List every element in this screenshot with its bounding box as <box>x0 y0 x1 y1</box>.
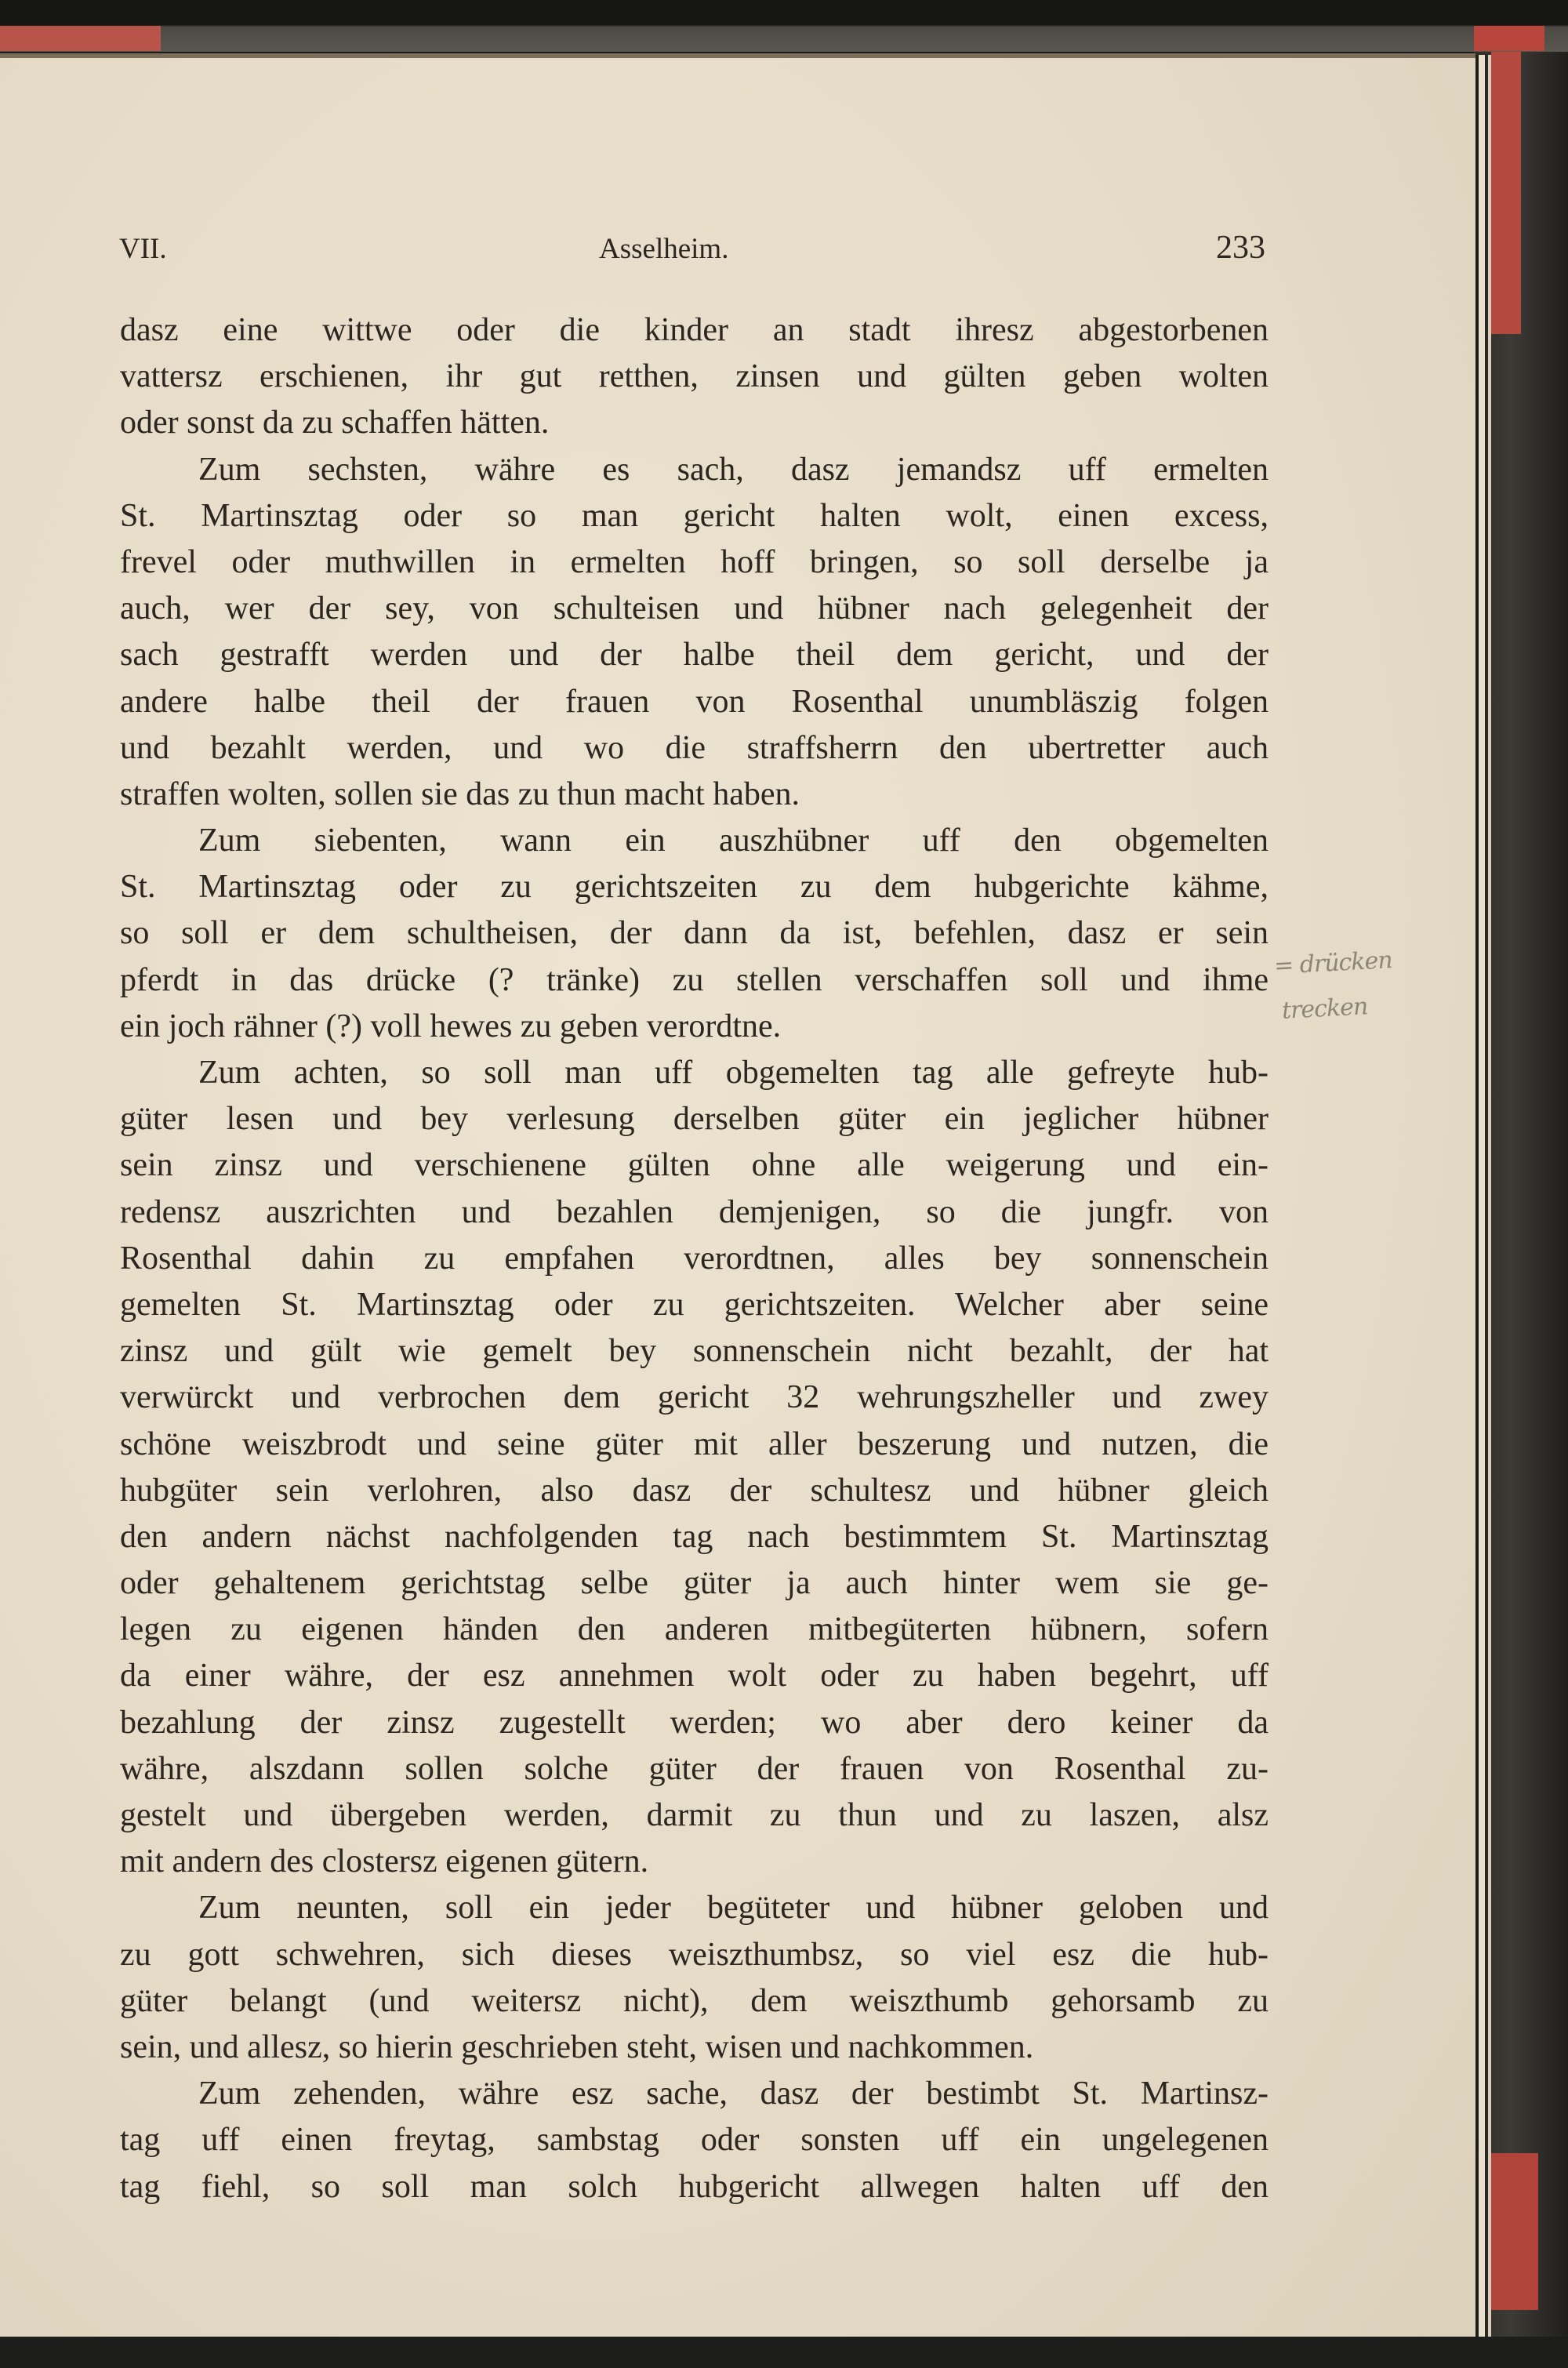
text-line: mit andern des clostersz eigenen gütern. <box>120 1839 1269 1885</box>
running-head: VII. Asselheim. 233 <box>119 232 1265 271</box>
text-line: zinsz und gült wie gemelt bey sonnensche… <box>120 1328 1269 1375</box>
text-line: St. Martinsztag oder so man gericht halt… <box>120 493 1269 539</box>
binding-red-cloth <box>0 26 161 51</box>
text-line: oder sonst da zu schaffen hätten. <box>120 400 1269 446</box>
text-line: verwürckt und verbrochen dem gericht 32 … <box>120 1375 1269 1421</box>
text-line: Zum neunten, soll ein jeder begüteter un… <box>120 1885 1269 1931</box>
text-line: hubgüter sein verlohren, also dasz der s… <box>120 1468 1269 1514</box>
text-line: Rosenthal dahin zu empfahen verordtnen, … <box>120 1236 1269 1282</box>
text-line: sein zinsz und verschienene gülten ohne … <box>120 1142 1269 1189</box>
text-line: auch, wer der sey, von schulteisen und h… <box>120 586 1269 632</box>
text-line: Zum zehenden, währe esz sache, dasz der … <box>120 2071 1269 2117</box>
text-line: vattersz erschienen, ihr gut retthen, zi… <box>120 354 1269 400</box>
handwritten-margin-note: trecken <box>1281 993 1368 1025</box>
text-line: und bezahlt werden, und wo die straffshe… <box>120 725 1269 772</box>
text-line: währe, alszdann sollen solche güter der … <box>120 1746 1269 1792</box>
text-line: gestelt und übergeben werden, darmit zu … <box>120 1792 1269 1839</box>
section-title: Asselheim. <box>599 232 728 266</box>
text-line: straffen wolten, sollen sie das zu thun … <box>120 772 1269 818</box>
text-line: ein joch rähner (?) voll hewes zu geben … <box>120 1004 1269 1050</box>
text-line: den andern nächst nachfolgenden tag nach… <box>120 1514 1269 1560</box>
text-line: sein, und allesz, so hierin geschrieben … <box>120 2025 1269 2071</box>
text-line: redensz auszrichten und bezahlen demjeni… <box>120 1189 1269 1236</box>
text-line: sach gestrafft werden und der halbe thei… <box>120 632 1269 678</box>
binding-red-cloth <box>1491 52 1521 334</box>
text-line: gemelten St. Martinsztag oder zu gericht… <box>120 1282 1269 1328</box>
text-line: dasz eine wittwe oder die kinder an stad… <box>120 307 1269 354</box>
text-line: so soll er dem schultheisen, der dann da… <box>120 910 1269 957</box>
text-line: zu gott schwehren, sich dieses weiszthum… <box>120 1932 1269 1978</box>
text-line: Zum siebenten, wann ein auszhübner uff d… <box>120 818 1269 864</box>
book-binding-top <box>0 0 1568 52</box>
book-page: VII. Asselheim. 233 dasz eine wittwe ode… <box>0 53 1475 2337</box>
binding-red-cloth <box>1491 2153 1538 2310</box>
handwritten-margin-note: = drücken <box>1273 946 1392 980</box>
book-binding-bottom <box>0 2337 1568 2368</box>
chapter-number: VII. <box>119 232 167 266</box>
binding-red-cloth <box>1474 26 1544 51</box>
text-line: andere halbe theil der frauen von Rosent… <box>120 679 1269 725</box>
text-line: Zum achten, so soll man uff obgemelten t… <box>120 1050 1269 1096</box>
text-line: schöne weiszbrodt und seine güter mit al… <box>120 1422 1269 1468</box>
text-line: tag uff einen freytag, sambstag oder son… <box>120 2117 1269 2163</box>
text-line: güter belangt (und weitersz nicht), dem … <box>120 1978 1269 2025</box>
text-line: legen zu eigenen händen den anderen mitb… <box>120 1607 1269 1653</box>
page-edges <box>1474 55 1491 2337</box>
text-line: Zum sechsten, währe es sach, dasz jemand… <box>120 447 1269 493</box>
text-line: bezahlung der zinsz zugestellt werden; w… <box>120 1700 1269 1746</box>
text-line: da einer währe, der esz annehmen wolt od… <box>120 1653 1269 1699</box>
text-line: St. Martinsztag oder zu gerichtszeiten z… <box>120 864 1269 910</box>
text-line: tag fiehl, so soll man solch hubgericht … <box>120 2164 1269 2210</box>
text-line: pferdt in das drücke (? tränke) zu stell… <box>120 957 1269 1004</box>
page-number: 233 <box>1216 229 1265 267</box>
text-line: frevel oder muthwillen in ermelten hoff … <box>120 539 1269 586</box>
text-line: güter lesen und bey verlesung derselben … <box>120 1096 1269 1142</box>
body-text: dasz eine wittwe oder die kinder an stad… <box>120 307 1269 2210</box>
text-line: oder gehaltenem gerichtstag selbe güter … <box>120 1560 1269 1607</box>
